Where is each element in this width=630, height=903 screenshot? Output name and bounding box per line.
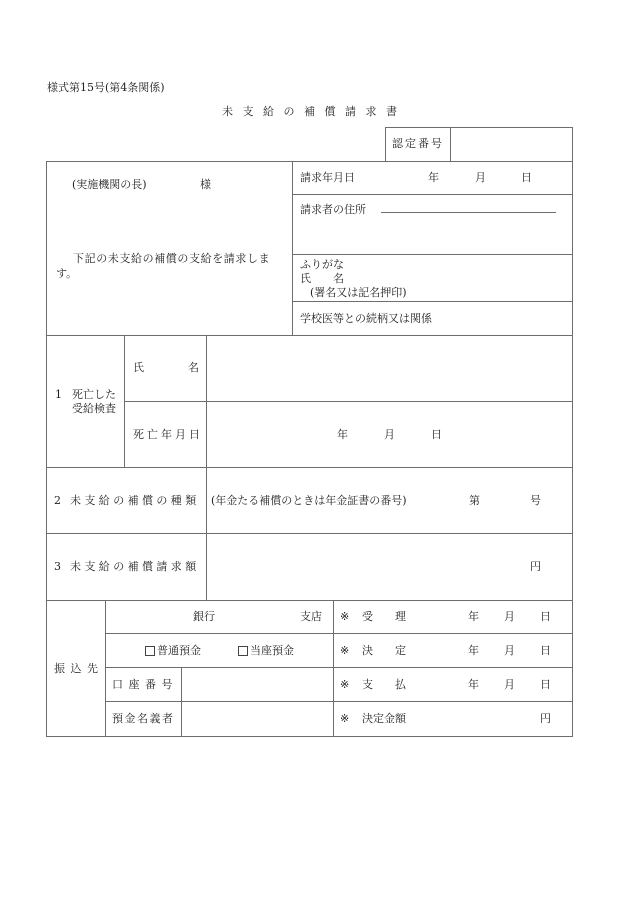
mark-received: ※ <box>340 611 349 622</box>
paid-label: 支 払 <box>362 679 406 690</box>
section3-number: 3 <box>54 561 61 572</box>
checkbox-icon[interactable] <box>238 646 248 656</box>
decided-amount-yen: 円 <box>540 713 551 724</box>
form-number: 様式第15号(第4条関係) <box>47 82 165 93</box>
section1-label-line2: 受給検査 <box>72 403 116 414</box>
request-text-line1: 下記の未支給の補償の支給を請求しま <box>73 253 270 264</box>
checkbox-current[interactable]: 当座預金 <box>238 645 294 656</box>
section2-number: 2 <box>54 495 61 506</box>
addressee-name-label: (実施機関の長) <box>72 179 147 190</box>
decided-year: 年 <box>468 645 479 656</box>
decided-amount-label: 決定金額 <box>362 713 406 724</box>
mark-paid: ※ <box>340 679 349 690</box>
paid-year: 年 <box>468 679 479 690</box>
signature-note: (署名又は記名押印) <box>310 287 407 298</box>
checkbox-ordinary-label: 普通預金 <box>157 645 201 656</box>
claim-date-month: 月 <box>475 172 486 183</box>
claim-date-year: 年 <box>428 172 439 183</box>
death-date-month: 月 <box>384 429 395 440</box>
received-label: 受 理 <box>362 611 406 622</box>
dai-label: 第 <box>469 495 480 506</box>
death-date-day: 日 <box>431 429 442 440</box>
checkbox-ordinary[interactable]: 普通預金 <box>145 645 201 656</box>
relation-label: 学校医等との続柄又は関係 <box>300 313 432 324</box>
section1-number: 1 <box>55 389 62 400</box>
account-holder-field[interactable] <box>182 702 333 736</box>
checkbox-current-label: 当座預金 <box>250 645 294 656</box>
deceased-name-field[interactable] <box>207 336 572 401</box>
paid-month: 月 <box>504 679 515 690</box>
received-year: 年 <box>468 611 479 622</box>
address-underline <box>381 212 556 213</box>
honorific: 様 <box>200 179 211 190</box>
paid-day: 日 <box>540 679 551 690</box>
section3-label: 未支給の補償請求額 <box>70 561 200 572</box>
go-label: 号 <box>530 495 541 506</box>
cert-number-field[interactable] <box>451 128 572 161</box>
received-month: 月 <box>504 611 515 622</box>
transfer-label: 振 込 先 <box>54 663 99 674</box>
mark-decided: ※ <box>340 645 349 656</box>
account-number-field[interactable] <box>182 668 333 701</box>
decided-label: 決 定 <box>362 645 406 656</box>
section1-label-line1: 死亡した <box>72 389 116 400</box>
checkbox-icon[interactable] <box>145 646 155 656</box>
death-date-label: 死亡年月日 <box>133 429 203 440</box>
received-day: 日 <box>540 611 551 622</box>
account-number-label: 口 座 番 号 <box>112 679 174 690</box>
claim-date-day: 日 <box>521 172 532 183</box>
decided-day: 日 <box>540 645 551 656</box>
yen-label: 円 <box>530 561 541 572</box>
section2-label: 未支給の補償の種類 <box>70 495 200 506</box>
death-date-year: 年 <box>337 429 348 440</box>
request-text-line2: す。 <box>56 268 77 279</box>
deceased-name-label-1: 氏 <box>133 362 144 373</box>
claimant-name-label: 氏 名 <box>300 273 344 284</box>
claim-amount-field[interactable] <box>207 534 572 600</box>
claimant-address-label: 請求者の住所 <box>300 204 366 215</box>
furigana-label: ふりがな <box>300 259 344 270</box>
account-holder-label: 預金名義者 <box>112 713 175 724</box>
page-title: 未 支 給 の 補 償 請 求 書 <box>222 106 400 117</box>
pension-cert-note: (年金たる補償のときは年金証書の番号) <box>211 495 407 506</box>
cert-number-label: 認定番号 <box>392 138 444 149</box>
mark-amount: ※ <box>340 713 349 724</box>
deceased-name-label-2: 名 <box>188 362 199 373</box>
decided-month: 月 <box>504 645 515 656</box>
claim-date-label: 請求年月日 <box>300 172 355 183</box>
bank-branch-field[interactable] <box>106 601 333 633</box>
